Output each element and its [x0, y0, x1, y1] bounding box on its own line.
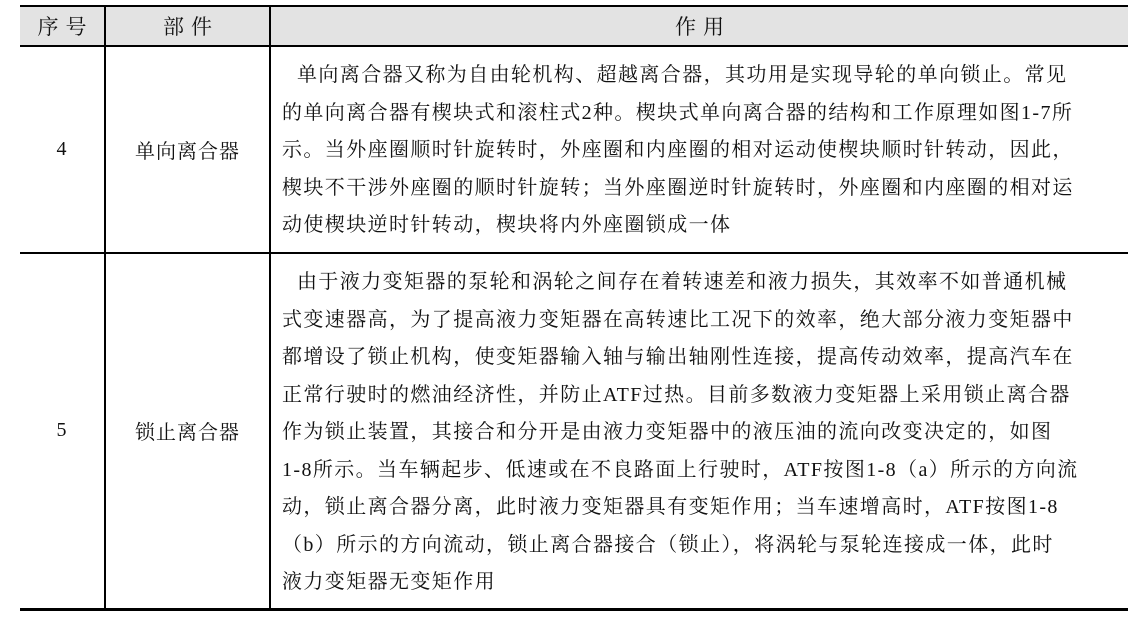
row-4-function-cell: 单向离合器又称为自由轮机构、超越离合器，其功用是实现导轮的单向锁止。常见 的单向… [270, 46, 1128, 253]
row-4-part: 单向离合器 [105, 46, 270, 253]
header-function: 作用 [270, 6, 1128, 46]
header-no: 序号 [20, 6, 105, 46]
row-5-function-cell: 由于液力变矩器的泵轮和涡轮之间存在着转速差和液力损失，其效率不如普通机械 式变速… [270, 253, 1128, 609]
row-5-part: 锁止离合器 [105, 253, 270, 609]
row-4-no: 4 [20, 46, 105, 253]
header-part: 部件 [105, 6, 270, 46]
table-row-5: 5 锁止离合器 由于液力变矩器的泵轮和涡轮之间存在着转速差和液力损失，其效率不如… [20, 253, 1128, 609]
component-function-table: 序号 部件 作用 4 单向离合器 单向离合器又称为自由轮机构、超越离合器，其功用… [20, 5, 1128, 611]
document-page: 序号 部件 作用 4 单向离合器 单向离合器又称为自由轮机构、超越离合器，其功用… [0, 0, 1140, 624]
row-4-function-text: 单向离合器又称为自由轮机构、超越离合器，其功用是实现导轮的单向锁止。常见 的单向… [282, 57, 1122, 245]
row-5-no: 5 [20, 253, 105, 609]
table-header-row: 序号 部件 作用 [20, 6, 1128, 46]
row-5-function-text: 由于液力变矩器的泵轮和涡轮之间存在着转速差和液力损失，其效率不如普通机械 式变速… [282, 264, 1122, 602]
table-row-4: 4 单向离合器 单向离合器又称为自由轮机构、超越离合器，其功用是实现导轮的单向锁… [20, 46, 1128, 253]
